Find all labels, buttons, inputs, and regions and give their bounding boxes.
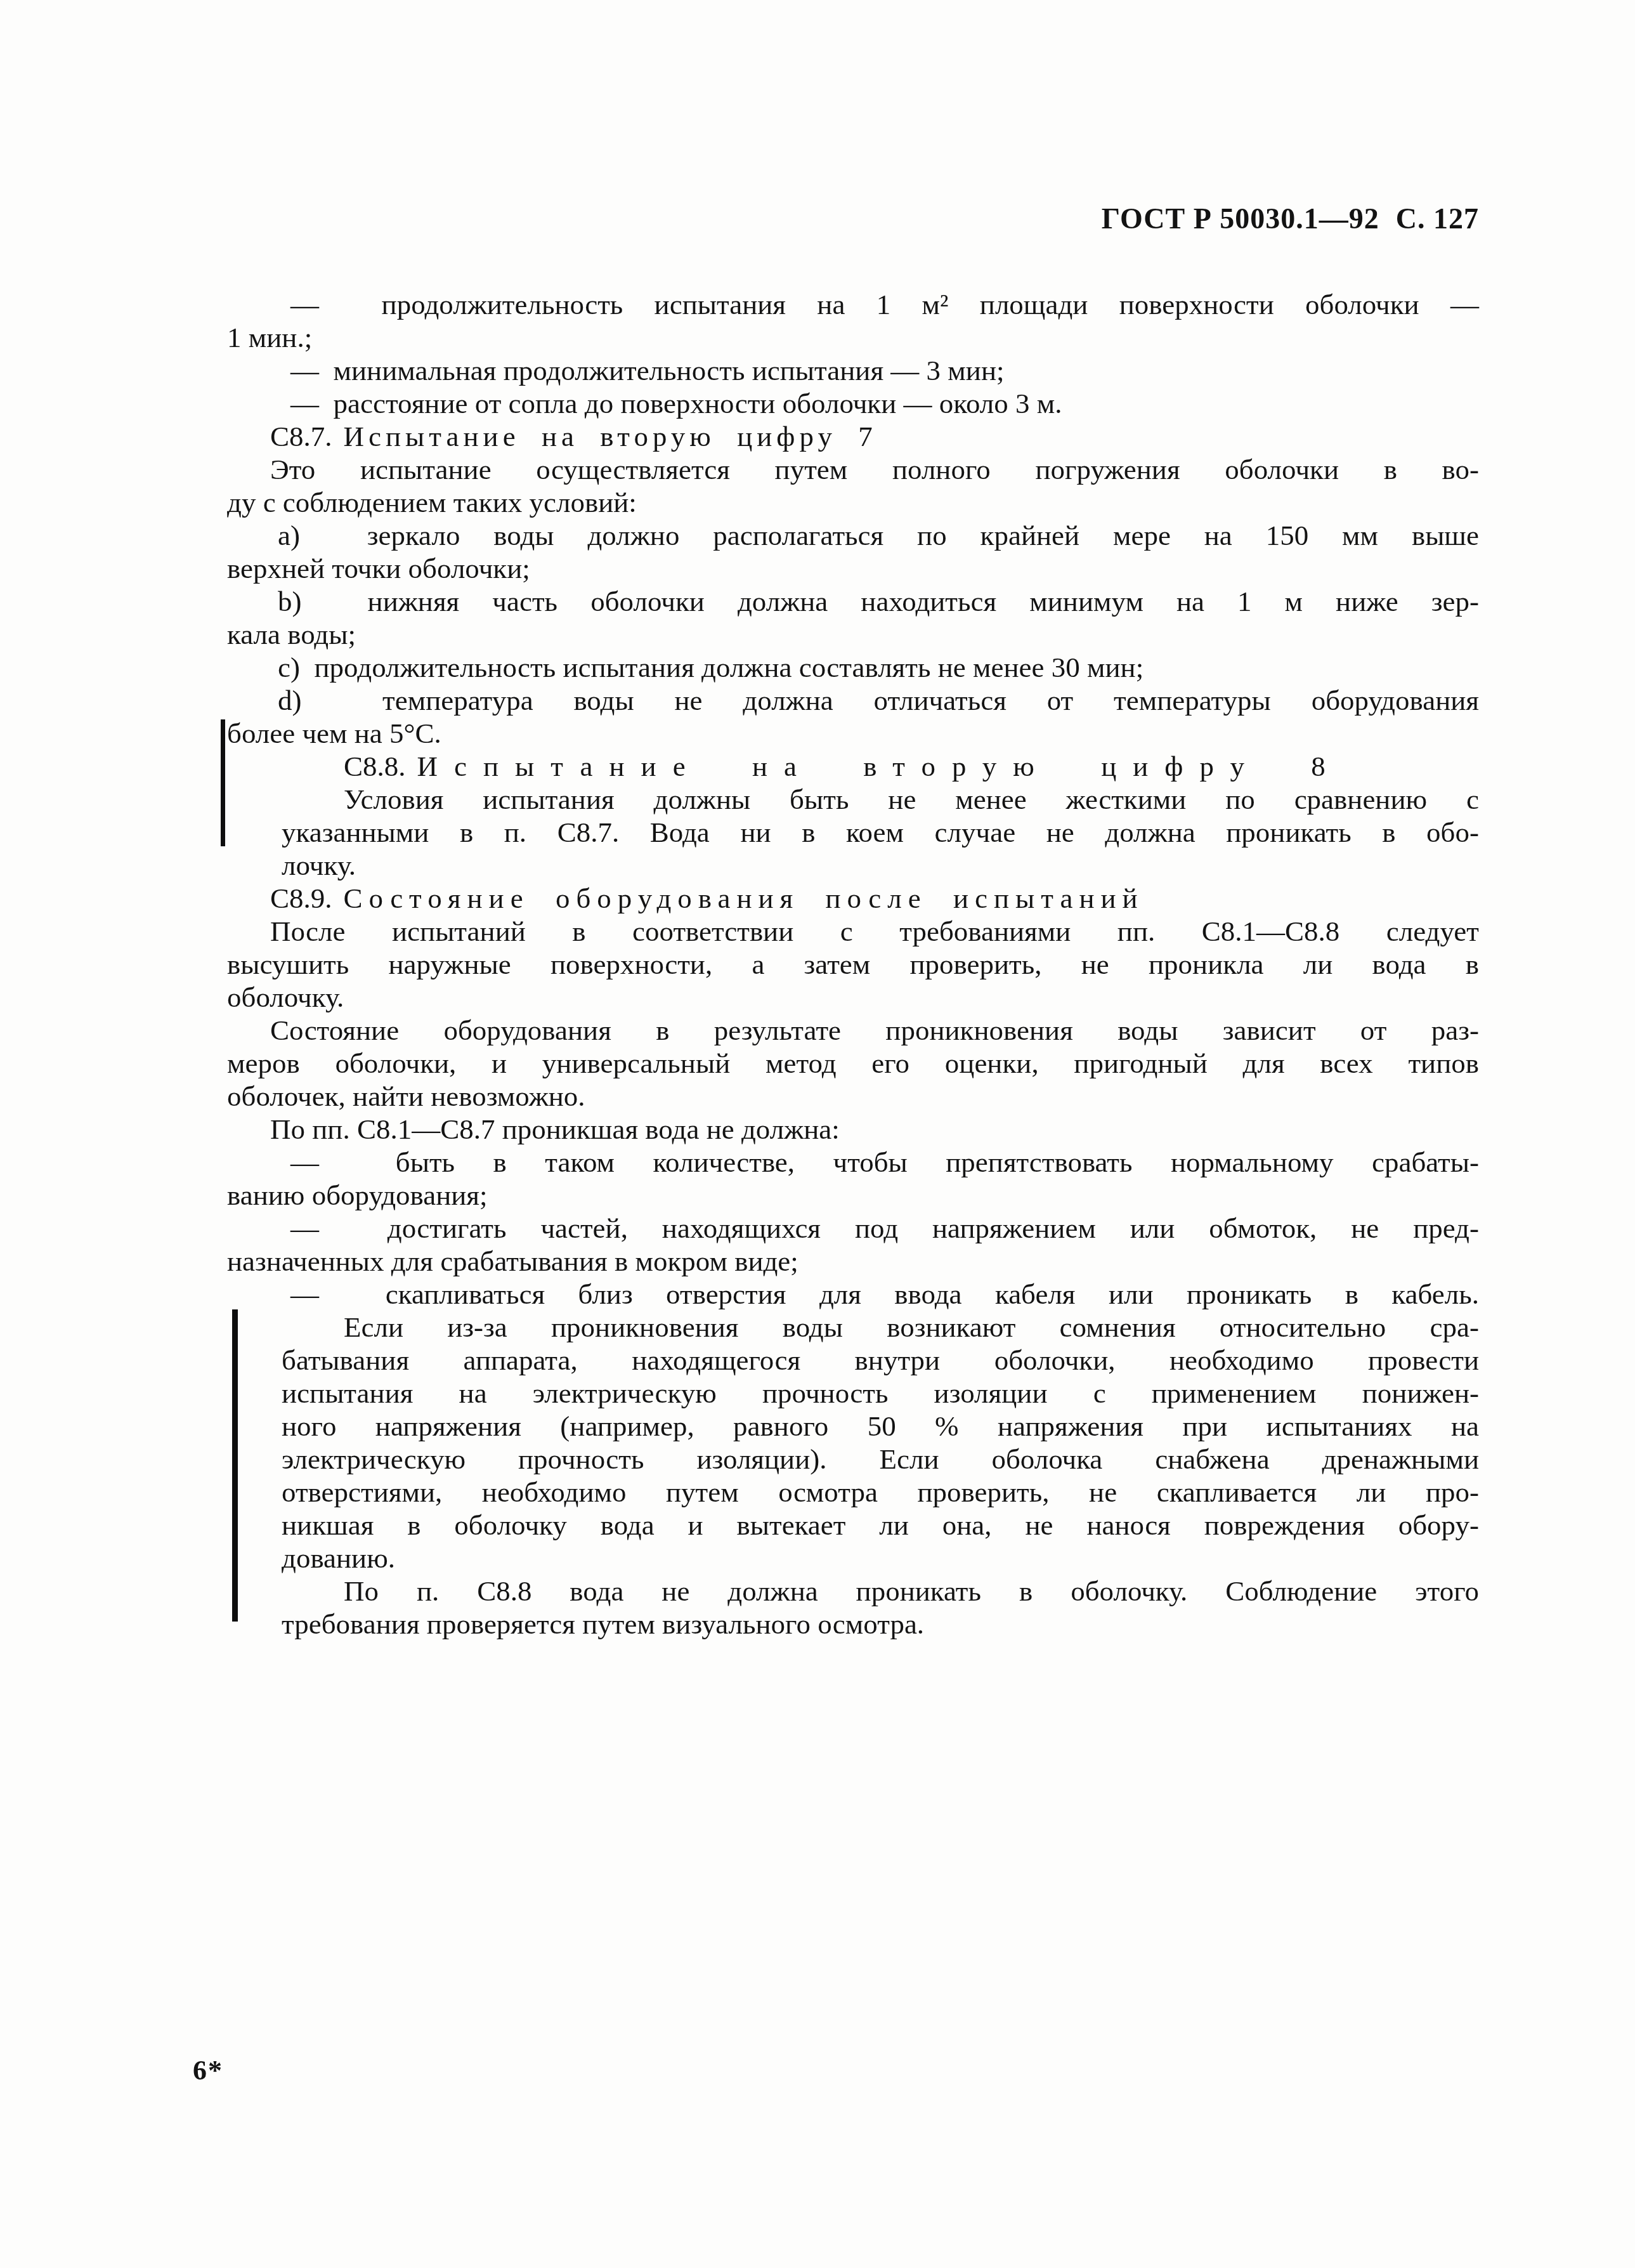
- revision-change-bar: [232, 1309, 238, 1622]
- text-line: ного напряжения (например, равного 50 % …: [282, 1410, 1479, 1443]
- section-heading-line: С8.9.Состояние оборудования после испыта…: [227, 882, 1479, 915]
- text-line: — расстояние от сопла до поверхности обо…: [227, 387, 1479, 420]
- text-line: Состояние оборудования в результате прон…: [227, 1014, 1479, 1047]
- text-line: меров оболочки, и универсальный метод ег…: [227, 1047, 1479, 1080]
- text-line: оболочку.: [227, 981, 1479, 1014]
- text-line: указанными в п. С8.7. Вода ни в коем слу…: [282, 816, 1479, 849]
- text-line: испытания на электрическую прочность изо…: [282, 1377, 1479, 1410]
- heading-text: Состояние оборудования после испытаний: [344, 882, 1144, 914]
- heading-text: Испытание на вторую цифру 8: [417, 751, 1342, 782]
- text-line: После испытаний в соответствии с требова…: [227, 915, 1479, 948]
- page-header: ГОСТ Р 50030.1—92С. 127: [1102, 202, 1479, 235]
- text-line: никшая в оболочку вода и вытекает ли она…: [282, 1509, 1479, 1542]
- text-line: ванию оборудования;: [227, 1179, 1479, 1212]
- section-heading-line: С8.7.Испытание на вторую цифру 7: [227, 420, 1479, 453]
- text-line: лочку.: [282, 849, 1479, 882]
- text-line: — минимальная продолжительность испытани…: [227, 354, 1479, 387]
- standard-designation: ГОСТ Р 50030.1—92: [1102, 202, 1379, 235]
- text-line: По пп. С8.1—С8.7 проникшая вода не должн…: [227, 1113, 1479, 1146]
- text-line: c) продолжительность испытания должна со…: [227, 651, 1479, 684]
- text-line: дованию.: [282, 1542, 1479, 1575]
- text-line: — достигать частей, находящихся под напр…: [227, 1212, 1479, 1245]
- heading-number: С8.8.: [344, 751, 406, 782]
- text-line: кала воды;: [227, 618, 1479, 651]
- heading-number: С8.7.: [270, 421, 332, 452]
- heading-number: С8.9.: [270, 882, 332, 914]
- heading-text: Испытание на вторую цифру 7: [344, 421, 877, 452]
- text-line: — быть в таком количестве, чтобы препятс…: [227, 1146, 1479, 1179]
- page-footer-signature: 6*: [193, 2054, 223, 2087]
- text-line: высушить наружные поверхности, а затем п…: [227, 948, 1479, 981]
- text-line: a) зеркало воды должно располагаться по …: [227, 519, 1479, 552]
- document-page: ГОСТ Р 50030.1—92С. 127 — продолжительно…: [0, 0, 1635, 2268]
- text-line: более чем на 5°С.: [227, 717, 1479, 750]
- text-line: 1 мин.;: [227, 321, 1479, 354]
- revision-change-bar: [221, 719, 225, 846]
- section-heading-line: С8.8.Испытание на вторую цифру 8: [282, 750, 1479, 783]
- text-line: электрическую прочность изоляции). Если …: [282, 1443, 1479, 1476]
- text-line: d) температура воды не должна отличаться…: [227, 684, 1479, 717]
- text-line: — продолжительность испытания на 1 м² пл…: [227, 288, 1479, 321]
- text-line: отверстиями, необходимо путем осмотра пр…: [282, 1476, 1479, 1509]
- text-line: — скапливаться близ отверстия для ввода …: [227, 1278, 1479, 1311]
- text-line: назначенных для срабатывания в мокром ви…: [227, 1245, 1479, 1278]
- text-line: верхней точки оболочки;: [227, 552, 1479, 585]
- text-line: оболочек, найти невозможно.: [227, 1080, 1479, 1113]
- text-column: — продолжительность испытания на 1 м² пл…: [227, 288, 1479, 1641]
- text-line: требования проверяется путем визуального…: [282, 1608, 1479, 1641]
- text-line: ду с соблюдением таких условий:: [227, 486, 1479, 519]
- text-line: батывания аппарата, находящегося внутри …: [282, 1344, 1479, 1377]
- text-line: Если из-за проникновения воды возникают …: [282, 1311, 1479, 1344]
- text-line: Это испытание осуществляется путем полно…: [227, 453, 1479, 486]
- text-line: Условия испытания должны быть не менее ж…: [282, 783, 1479, 816]
- page-number: С. 127: [1396, 202, 1479, 235]
- text-line: b) нижняя часть оболочки должна находить…: [227, 585, 1479, 618]
- text-line: По п. С8.8 вода не должна проникать в об…: [282, 1575, 1479, 1608]
